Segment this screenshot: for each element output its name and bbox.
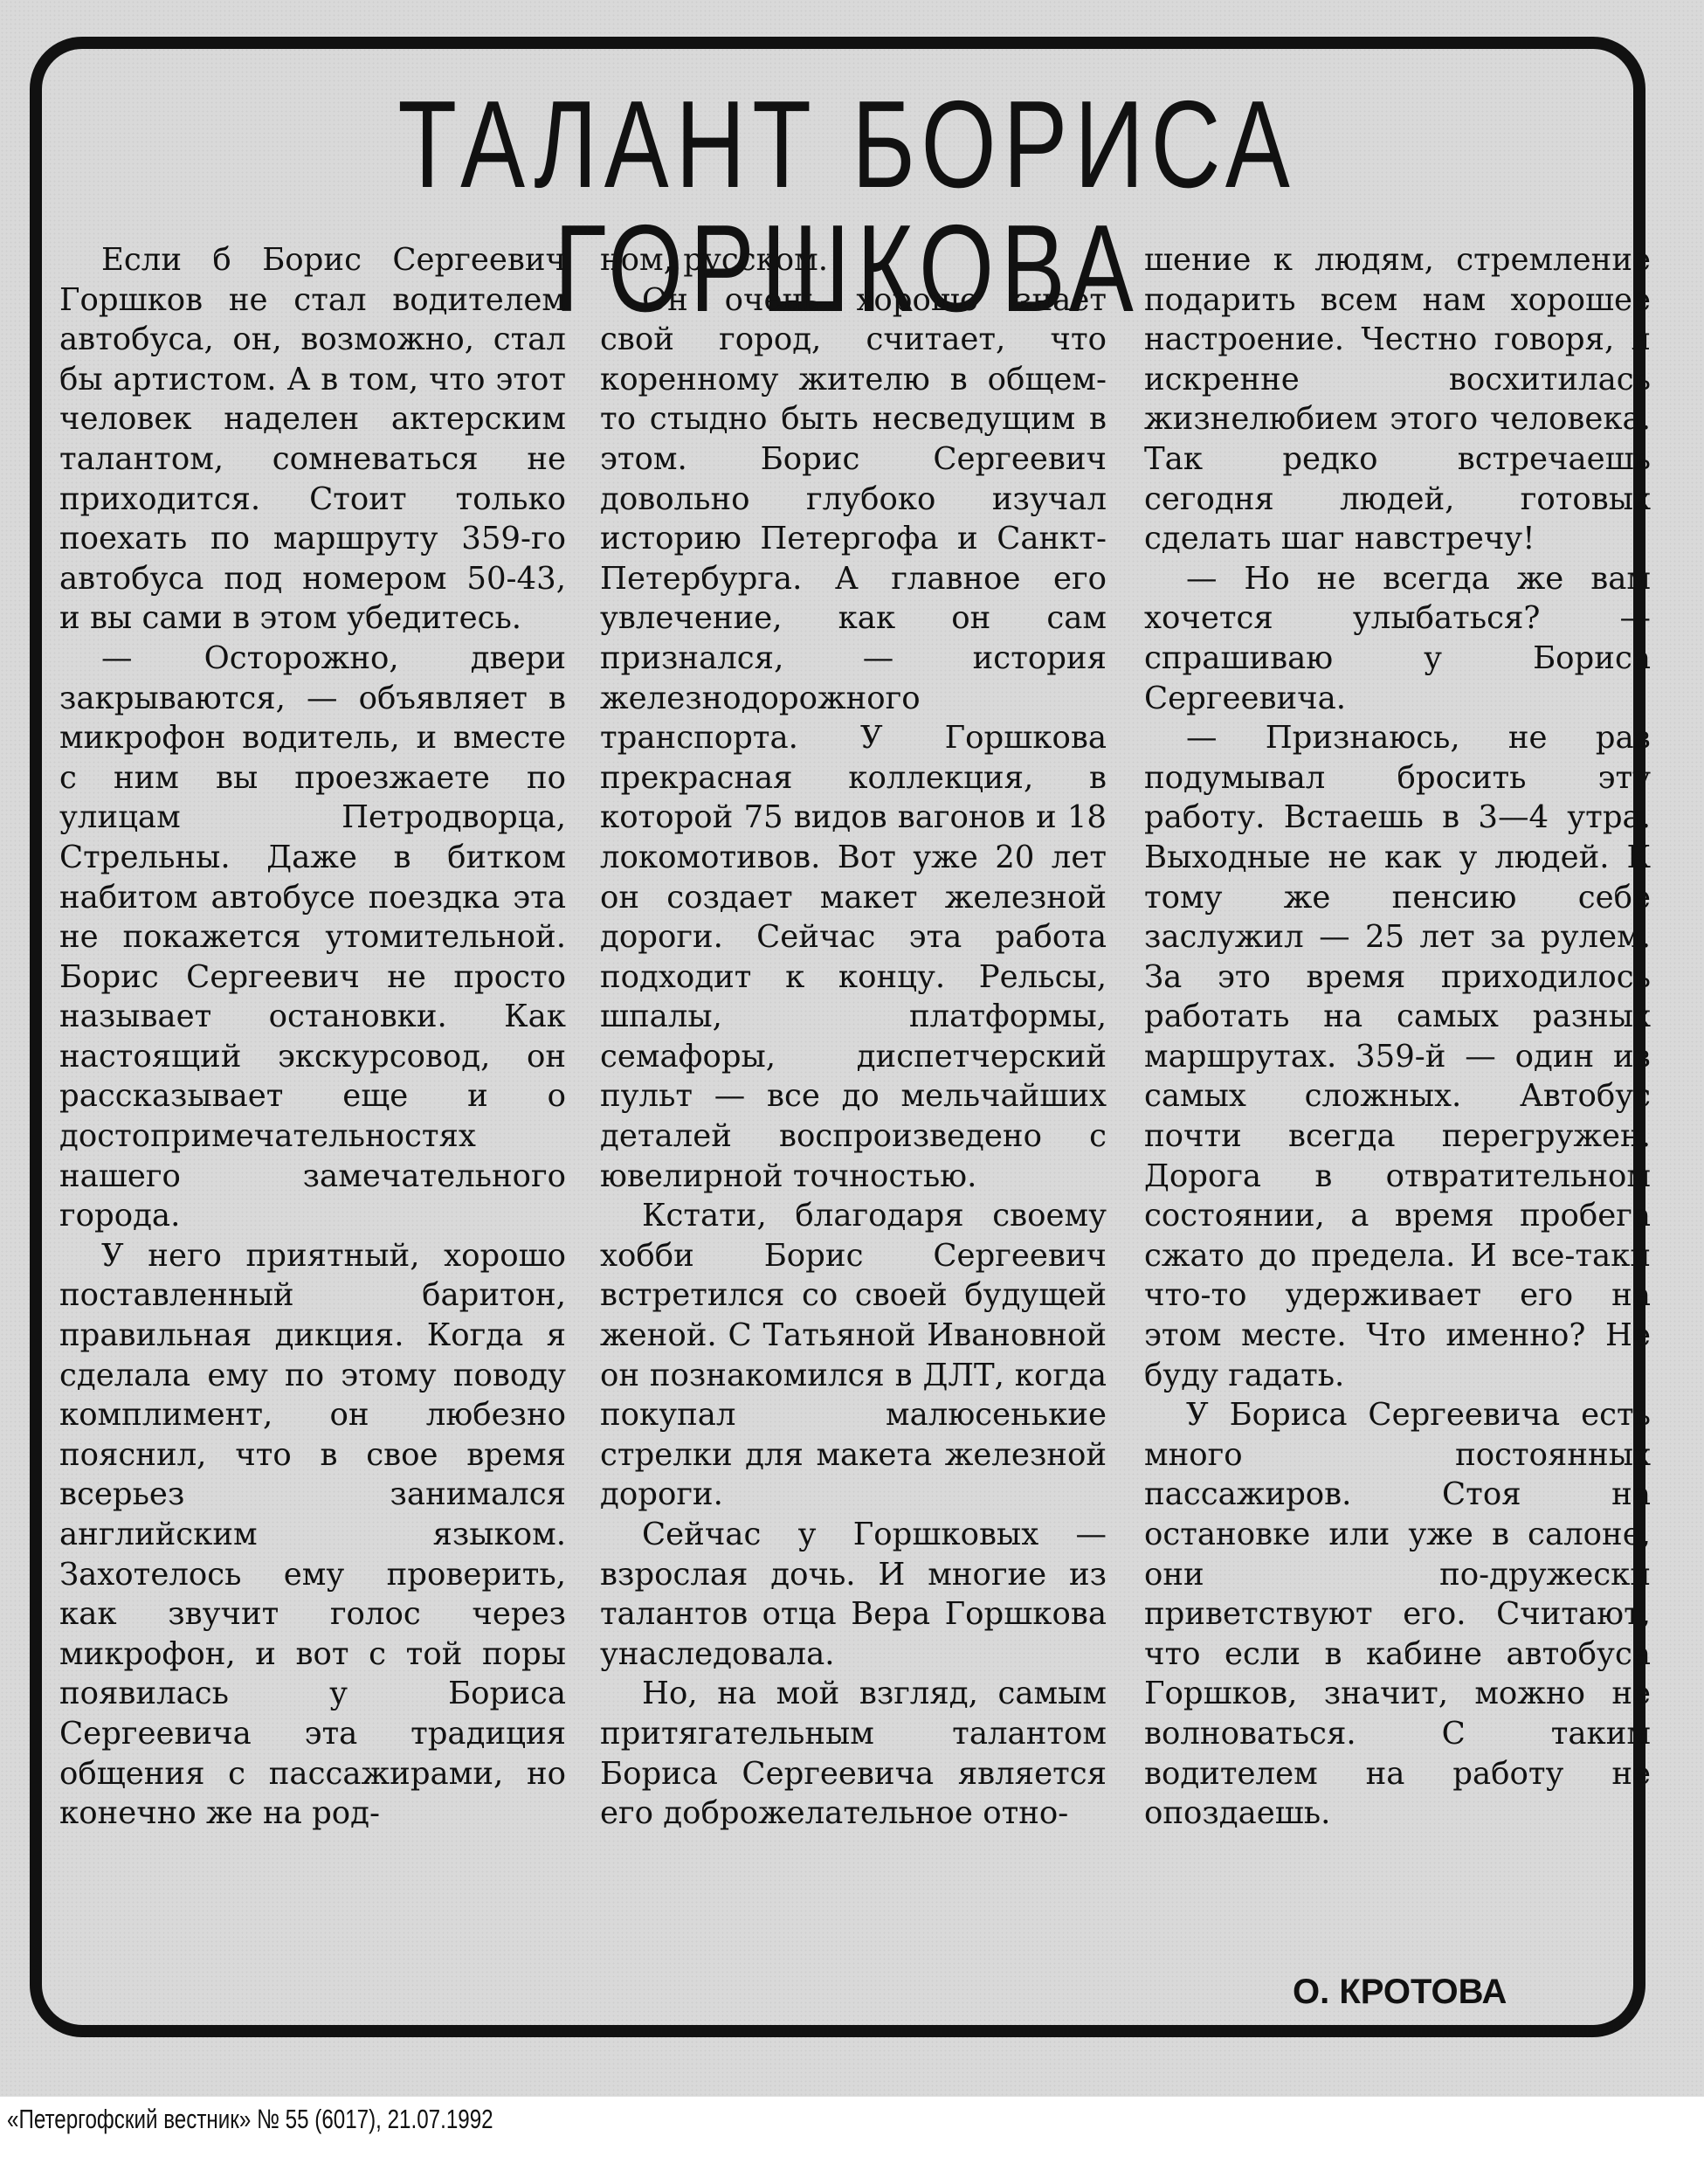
paragraph: Если б Борис Сергеевич Горшков не стал в… [59, 240, 566, 639]
paragraph: Но, на мой взгляд, самым притягательным … [600, 1674, 1107, 1833]
article-column-2: ном, русском. Он очень хорошо знает свой… [600, 240, 1107, 1834]
paragraph: Кстати, благодаря своему хобби Борис Сер… [600, 1196, 1107, 1515]
paragraph: Он очень хорошо знает свой город, считае… [600, 280, 1107, 1197]
paragraph: шение к людям, стремление подарить всем … [1144, 240, 1651, 559]
author-signature: О. КРОТОВА [1293, 1973, 1507, 2012]
newspaper-clipping: ТАЛАНТ БОРИСА ГОРШКОВА Если б Борис Серг… [0, 0, 1704, 2097]
paragraph: Сейчас у Горшковых — взрослая дочь. И мн… [600, 1515, 1107, 1674]
paragraph: — Признаюсь, не раз подумывал бросить эт… [1144, 718, 1651, 1395]
source-caption: «Петергофский вестник» № 55 (6017), 21.0… [7, 2104, 493, 2135]
paragraph: — Но не всегда же вам хочется улыбаться?… [1144, 559, 1651, 718]
paragraph: У Бориса Сергеевича есть много постоянны… [1144, 1395, 1651, 1834]
paragraph: У него приятный, хорошо поставленный бар… [59, 1236, 566, 1834]
paragraph: — Осторожно, двери закрываются, — объявл… [59, 639, 566, 1236]
article-column-1: Если б Борис Сергеевич Горшков не стал в… [59, 240, 566, 1834]
article-column-3: шение к людям, стремление подарить всем … [1144, 240, 1651, 1834]
paragraph: ном, русском. [600, 240, 1107, 280]
